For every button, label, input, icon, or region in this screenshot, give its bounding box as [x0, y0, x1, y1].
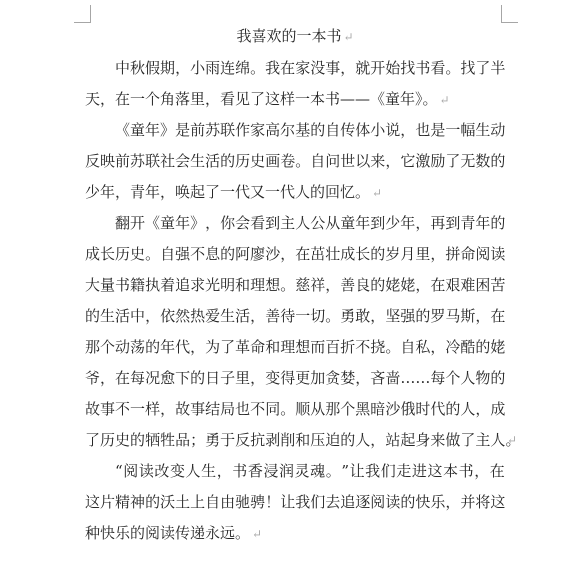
char: 童 — [130, 115, 145, 146]
char: 挠 — [370, 332, 385, 363]
char: 依 — [160, 301, 175, 332]
char: 自 — [400, 332, 415, 363]
char: 动 — [490, 115, 505, 146]
char: 年 — [475, 208, 490, 239]
char: 的 — [130, 425, 145, 456]
char: ， — [370, 425, 385, 456]
char: 加 — [310, 363, 325, 394]
char: 的 — [415, 301, 430, 332]
char: 到 — [445, 208, 460, 239]
char: 《 — [145, 208, 160, 239]
char: 坚 — [385, 301, 400, 332]
char: 传 — [340, 115, 355, 146]
char: 来 — [370, 146, 385, 177]
char: 人 — [186, 456, 201, 487]
line-text: 少年，青年，唤起了一代又一代人的回忆。 — [85, 183, 370, 201]
char: 里 — [415, 239, 430, 270]
char: 主 — [280, 208, 295, 239]
char: 做 — [445, 425, 460, 456]
char: 为 — [205, 332, 220, 363]
char: 自 — [205, 487, 220, 518]
char: ， — [474, 456, 489, 487]
char: 。 — [250, 53, 265, 84]
char: ， — [175, 53, 190, 84]
char: 良 — [355, 270, 370, 301]
char: 的 — [220, 239, 235, 270]
char: 姥 — [400, 270, 415, 301]
char: 个 — [100, 332, 115, 363]
char: 俄 — [400, 394, 415, 425]
char: 沙 — [265, 239, 280, 270]
char: 历 — [100, 425, 115, 456]
char: 活 — [205, 146, 220, 177]
char: 走 — [396, 456, 411, 487]
char: 了 — [445, 146, 460, 177]
char: 驰 — [235, 487, 250, 518]
char: 姥 — [490, 332, 505, 363]
char: 起 — [400, 425, 415, 456]
char: 然 — [175, 301, 190, 332]
char: 长 — [100, 239, 115, 270]
char: 荡 — [130, 332, 145, 363]
char: 爱 — [205, 301, 220, 332]
char: 会 — [175, 146, 190, 177]
char: 的 — [445, 394, 460, 425]
char: ； — [190, 425, 205, 456]
char: 执 — [145, 270, 160, 301]
char: 画 — [265, 146, 280, 177]
char: ， — [415, 270, 430, 301]
char: 童 — [340, 208, 355, 239]
char: 年 — [400, 208, 415, 239]
char: 改 — [154, 456, 169, 487]
char: 。 — [280, 270, 295, 301]
char: 们 — [310, 487, 325, 518]
char: 阅 — [370, 487, 385, 518]
char: 在 — [295, 239, 310, 270]
char: 历 — [115, 239, 130, 270]
char: 雨 — [205, 53, 220, 84]
char: 浸 — [263, 456, 278, 487]
char: ！ — [265, 487, 280, 518]
char: 青 — [460, 208, 475, 239]
char: 削 — [280, 425, 295, 456]
char: 联 — [145, 146, 160, 177]
char: 读 — [490, 239, 505, 270]
char: 去 — [325, 487, 340, 518]
char: 想 — [265, 270, 280, 301]
char: 自 — [310, 146, 325, 177]
char: 生 — [475, 115, 490, 146]
char: 月 — [400, 239, 415, 270]
char: 事 — [325, 53, 340, 84]
char: ， — [145, 301, 160, 332]
text-line: 种快乐的阅读传递永远。↵ — [85, 518, 505, 549]
paragraph-mark: ↵ — [440, 93, 450, 107]
char: 想 — [295, 332, 310, 363]
char: ， — [340, 53, 355, 84]
char: 成 — [490, 394, 505, 425]
char: 中 — [115, 53, 130, 84]
char: 啬 — [385, 363, 400, 394]
char: 时 — [415, 394, 430, 425]
char: 冷 — [445, 332, 460, 363]
char: ， — [415, 208, 430, 239]
char: 社 — [160, 146, 175, 177]
char: 理 — [280, 332, 295, 363]
char: ， — [205, 208, 220, 239]
char: 壮 — [325, 239, 340, 270]
char: 不 — [355, 332, 370, 363]
char: 在 — [430, 270, 445, 301]
char: 局 — [220, 394, 235, 425]
char: 神 — [130, 487, 145, 518]
char: 魂 — [310, 456, 325, 487]
char: 。 — [326, 456, 341, 487]
char: 追 — [175, 270, 190, 301]
char: 无 — [460, 146, 475, 177]
char: 励 — [430, 146, 445, 177]
char: 没 — [310, 53, 325, 84]
char: 同 — [265, 394, 280, 425]
char: 生 — [100, 301, 115, 332]
char: 自 — [160, 239, 175, 270]
char: 和 — [295, 425, 310, 456]
char: ， — [445, 487, 460, 518]
text-line: 大量书籍执着追求光明和理想。慈祥，善良的姥姥，在艰难困苦 — [85, 270, 505, 301]
char: 苏 — [130, 146, 145, 177]
char: 的 — [340, 425, 355, 456]
paragraph-mark: ↵ — [343, 30, 353, 44]
char: 们 — [381, 456, 396, 487]
text-line: 少年，青年，唤起了一代又一代人的回忆。↵ — [85, 177, 505, 208]
document-page: 我喜欢的一本书↵ 中秋假期，小雨连绵。我在家没事，就开始找书看。找了半天，在一个… — [0, 0, 586, 584]
char: 映 — [100, 146, 115, 177]
char: 强 — [400, 301, 415, 332]
char: 在 — [115, 363, 130, 394]
char: 追 — [340, 487, 355, 518]
char: 你 — [220, 208, 235, 239]
char: 沙 — [385, 394, 400, 425]
char: 爷 — [85, 363, 100, 394]
char: 期 — [160, 53, 175, 84]
char: 故 — [85, 394, 100, 425]
char: ， — [355, 363, 370, 394]
char: 那 — [85, 332, 100, 363]
char: 在 — [280, 53, 295, 84]
char: 成 — [340, 239, 355, 270]
char: 阅 — [123, 456, 138, 487]
char: 更 — [295, 363, 310, 394]
char: 这 — [490, 487, 505, 518]
text-area: 我喜欢的一本书↵ 中秋假期，小雨连绵。我在家没事，就开始找书看。找了半天，在一个… — [85, 19, 505, 549]
char: 况 — [145, 363, 160, 394]
char: 暗 — [370, 394, 385, 425]
char: 进 — [412, 456, 427, 487]
char: 的 — [370, 239, 385, 270]
char: 开 — [130, 208, 145, 239]
text-line: “阅读改变人生，书香浸润灵魂。”让我们走进这本书，在 — [85, 456, 505, 487]
char: 勇 — [205, 425, 220, 456]
char: 下 — [175, 363, 190, 394]
char: 秋 — [130, 53, 145, 84]
char: 苏 — [205, 115, 220, 146]
char: 基 — [295, 115, 310, 146]
char: 生 — [220, 301, 235, 332]
char: 让 — [350, 456, 365, 487]
char: 并 — [460, 487, 475, 518]
char: 沃 — [160, 487, 175, 518]
char: 幅 — [460, 115, 475, 146]
char: 故 — [175, 394, 190, 425]
char: 让 — [280, 487, 295, 518]
char: 样 — [145, 394, 160, 425]
char: 尔 — [280, 115, 295, 146]
char: 个 — [445, 363, 460, 394]
char: 长 — [355, 239, 370, 270]
char: 会 — [235, 208, 250, 239]
char: 茁 — [310, 239, 325, 270]
text-line: 爷，在每况愈下的日子里，变得更加贪婪，吝啬……每个人物的 — [85, 363, 505, 394]
char: 牲 — [160, 425, 175, 456]
char: ， — [217, 456, 232, 487]
char: 家 — [295, 53, 310, 84]
char: 书 — [415, 53, 430, 84]
char: 将 — [475, 487, 490, 518]
char: 活 — [235, 301, 250, 332]
char: 骋 — [250, 487, 265, 518]
char: 逐 — [355, 487, 370, 518]
char: 来 — [430, 425, 445, 456]
char: 求 — [190, 270, 205, 301]
char: 籍 — [130, 270, 145, 301]
text-line: 了历史的牺牲品；勇于反抗剥削和压迫的人，站起身来做了主人。↵ — [85, 425, 505, 456]
paragraph-mark: ↵ — [507, 425, 517, 456]
char: 吝 — [370, 363, 385, 394]
char: 光 — [205, 270, 220, 301]
char: ， — [370, 301, 385, 332]
char: 历 — [235, 146, 250, 177]
char: 一 — [445, 115, 460, 146]
char: 。 — [445, 53, 460, 84]
char: 年 — [355, 208, 370, 239]
char: 事 — [100, 394, 115, 425]
char: 黑 — [355, 394, 370, 425]
text-line: 天，在一个角落里，看见了这样一本书——《童年》。↵ — [85, 84, 505, 115]
char: 代 — [430, 394, 445, 425]
char: 灵 — [295, 456, 310, 487]
char: 人 — [460, 394, 475, 425]
char: 年 — [175, 208, 190, 239]
char: 自 — [325, 115, 340, 146]
text-line: 《童年》是前苏联作家高尔基的自传体小说，也是一幅生动 — [85, 115, 505, 146]
char: 难 — [460, 270, 475, 301]
char: 《 — [115, 115, 130, 146]
char: 廖 — [250, 239, 265, 270]
char: 从 — [325, 208, 340, 239]
paragraph-mark: ↵ — [252, 527, 262, 541]
char: 不 — [250, 394, 265, 425]
text-line: 中秋假期，小雨连绵。我在家没事，就开始找书看。找了半 — [85, 53, 505, 84]
char: 站 — [385, 425, 400, 456]
char: 找 — [400, 53, 415, 84]
char: 始 — [385, 53, 400, 84]
char: 》 — [190, 208, 205, 239]
char: 片 — [100, 487, 115, 518]
char: 了 — [460, 425, 475, 456]
char: 和 — [265, 332, 280, 363]
char: 待 — [280, 301, 295, 332]
char: 数 — [475, 146, 490, 177]
char: 了 — [475, 53, 490, 84]
char: 。 — [280, 394, 295, 425]
char: 了 — [220, 332, 235, 363]
char: 热 — [190, 301, 205, 332]
text-line: 成长历史。自强不息的阿廖沙，在茁壮成长的岁月里，拼命阅读 — [85, 239, 505, 270]
char: … — [415, 363, 430, 394]
char: 善 — [265, 301, 280, 332]
char: 生 — [190, 146, 205, 177]
char: 每 — [430, 363, 445, 394]
char: 每 — [130, 363, 145, 394]
char: 润 — [279, 456, 294, 487]
char: 问 — [325, 146, 340, 177]
char: 在 — [490, 301, 505, 332]
char: 得 — [280, 363, 295, 394]
char: 牺 — [145, 425, 160, 456]
char: 成 — [85, 239, 100, 270]
char: 品 — [175, 425, 190, 456]
char: 慈 — [295, 270, 310, 301]
char: 阿 — [235, 239, 250, 270]
char: 人 — [490, 425, 505, 456]
char: 的 — [490, 146, 505, 177]
char: 百 — [325, 332, 340, 363]
char: 家 — [250, 115, 265, 146]
char: 的 — [475, 332, 490, 363]
char: ” — [341, 456, 349, 487]
char: 压 — [310, 425, 325, 456]
char: 的 — [370, 270, 385, 301]
char: 由 — [220, 487, 235, 518]
char: 而 — [310, 332, 325, 363]
char: 。 — [385, 332, 400, 363]
char: 一 — [130, 394, 145, 425]
char: 人 — [355, 425, 370, 456]
char: 敢 — [355, 301, 370, 332]
char: 动 — [115, 332, 130, 363]
char: 我 — [365, 456, 380, 487]
text-line: 反映前苏联社会生活的历史画卷。自问世以来，它激励了无数的 — [85, 146, 505, 177]
char: 半 — [490, 53, 505, 84]
char: 不 — [115, 394, 130, 425]
char: ， — [160, 394, 175, 425]
char: 的 — [220, 146, 235, 177]
char: 身 — [415, 425, 430, 456]
char: 命 — [250, 332, 265, 363]
char: 顺 — [295, 394, 310, 425]
char: 是 — [175, 115, 190, 146]
text-line: 故事不一样，故事结局也不同。顺从那个黑暗沙俄时代的人，成 — [85, 394, 505, 425]
char: 和 — [235, 270, 250, 301]
char: 人 — [460, 363, 475, 394]
char: 量 — [100, 270, 115, 301]
char: 以 — [355, 146, 370, 177]
char: 大 — [85, 270, 100, 301]
char: 看 — [250, 208, 265, 239]
char: 开 — [370, 53, 385, 84]
char: ， — [250, 363, 265, 394]
char: 反 — [235, 425, 250, 456]
char: 也 — [235, 394, 250, 425]
char: 到 — [370, 208, 385, 239]
char: … — [400, 363, 415, 394]
char: 困 — [475, 270, 490, 301]
char: 假 — [145, 53, 160, 84]
char: 体 — [355, 115, 370, 146]
char: 人 — [295, 208, 310, 239]
char: 明 — [220, 270, 235, 301]
char: 马 — [445, 301, 460, 332]
char: 着 — [160, 270, 175, 301]
line-text: 种快乐的阅读传递永远。 — [85, 524, 250, 542]
char: 苦 — [490, 270, 505, 301]
char: ， — [475, 301, 490, 332]
char: 祥 — [310, 270, 325, 301]
char: 连 — [220, 53, 235, 84]
char: 精 — [115, 487, 130, 518]
char: 息 — [205, 239, 220, 270]
char: ， — [430, 332, 445, 363]
char: 命 — [460, 239, 475, 270]
char: ， — [475, 394, 490, 425]
char: 生 — [201, 456, 216, 487]
char: 我 — [265, 53, 280, 84]
char: 主 — [475, 425, 490, 456]
char: 中 — [130, 301, 145, 332]
char: 代 — [175, 332, 190, 363]
char: 快 — [415, 487, 430, 518]
char: 的 — [85, 301, 100, 332]
char: ， — [400, 115, 415, 146]
char: 再 — [430, 208, 445, 239]
char: 土 — [175, 487, 190, 518]
char: 革 — [235, 332, 250, 363]
char: 的 — [490, 363, 505, 394]
text-line: 这片精神的沃土上自由驰骋！让我们去追逐阅读的快乐，并将这 — [85, 487, 505, 518]
char: ， — [100, 363, 115, 394]
char: 勇 — [340, 301, 355, 332]
char: 酷 — [460, 332, 475, 363]
char: 个 — [340, 394, 355, 425]
char: 反 — [85, 146, 100, 177]
text-line: 那个动荡的年代，为了革命和理想而百折不挠。自私，冷酷的姥 — [85, 332, 505, 363]
char: 物 — [475, 363, 490, 394]
char: 斯 — [460, 301, 475, 332]
char: 激 — [415, 146, 430, 177]
char: 贪 — [325, 363, 340, 394]
char: 理 — [250, 270, 265, 301]
char: 绵 — [235, 53, 250, 84]
char: 从 — [310, 394, 325, 425]
text-line: 的生活中，依然热爱生活，善待一切。勇敢，坚强的罗马斯，在 — [85, 301, 505, 332]
char: 书 — [115, 270, 130, 301]
char: 在 — [490, 456, 505, 487]
char: 拼 — [445, 239, 460, 270]
char: 联 — [220, 115, 235, 146]
char: 姥 — [385, 270, 400, 301]
char: 迫 — [325, 425, 340, 456]
